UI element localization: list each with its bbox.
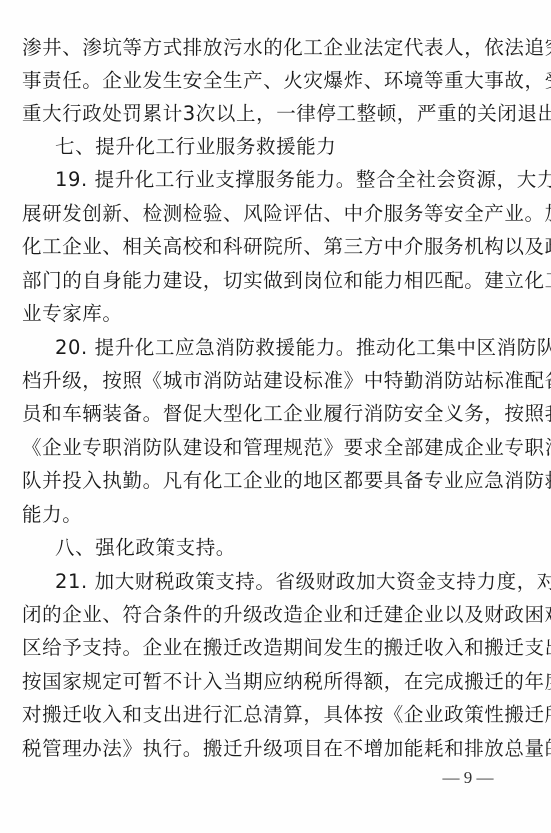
text-line: 闭的企业、符合条件的升级改造企业和迁建企业以及财政困难地 <box>22 598 494 631</box>
text-line: 税管理办法》执行。搬迁升级项目在不增加能耗和排放总量的前 <box>22 732 494 765</box>
page-number: — 9 — <box>428 768 508 788</box>
text-line: 对搬迁收入和支出进行汇总清算，具体按《企业政策性搬迁所得 <box>22 698 494 731</box>
text-line: 档升级，按照《城市消防站建设标准》中特勤消防站标准配备人 <box>22 364 494 397</box>
text-line: 《企业专职消防队建设和管理规范》要求全部建成企业专职消防 <box>22 431 494 464</box>
text-line: 部门的自身能力建设，切实做到岗位和能力相匹配。建立化工行 <box>22 264 494 297</box>
section-heading-8: 八、强化政策支持。 <box>55 531 494 564</box>
paragraph-19-start: 19. 提升化工行业支撑服务能力。整合全社会资源，大力发 <box>55 163 494 196</box>
text-line: 员和车辆装备。督促大型化工企业履行消防安全义务，按照我省 <box>22 397 494 430</box>
text-line: 队并投入执勤。凡有化工企业的地区都要具备专业应急消防救援 <box>22 464 494 497</box>
paragraph-21-start: 21. 加大财税政策支持。省级财政加大资金支持力度，对关 <box>55 565 494 598</box>
text-line: 能力。 <box>22 498 494 531</box>
text-line: 事责任。企业发生安全生产、火灾爆炸、环境等重大事故，受到 <box>22 64 494 97</box>
text-line: 重大行政处罚累计3次以上，一律停工整顿，严重的关闭退出。 <box>22 97 494 130</box>
text-line: 按国家规定可暂不计入当期应纳税所得额，在完成搬迁的年度， <box>22 665 494 698</box>
text-line: 区给予支持。企业在搬迁改造期间发生的搬迁收入和搬迁支出， <box>22 631 494 664</box>
section-heading-7: 七、提升化工行业服务救援能力 <box>55 130 494 163</box>
document-page: 渗井、渗坑等方式排放污水的化工企业法定代表人，依法追究刑 事责任。企业发生安全生… <box>0 0 551 833</box>
text-line: 化工企业、相关高校和科研院所、第三方中介服务机构以及政府 <box>22 230 494 263</box>
paragraph-20-start: 20. 提升化工应急消防救援能力。推动化工集中区消防队提 <box>55 331 494 364</box>
text-line: 业专家库。 <box>22 297 494 330</box>
text-line: 展研发创新、检测检验、风险评估、中介服务等安全产业。加强 <box>22 197 494 230</box>
text-line: 渗井、渗坑等方式排放污水的化工企业法定代表人，依法追究刑 <box>22 31 494 64</box>
